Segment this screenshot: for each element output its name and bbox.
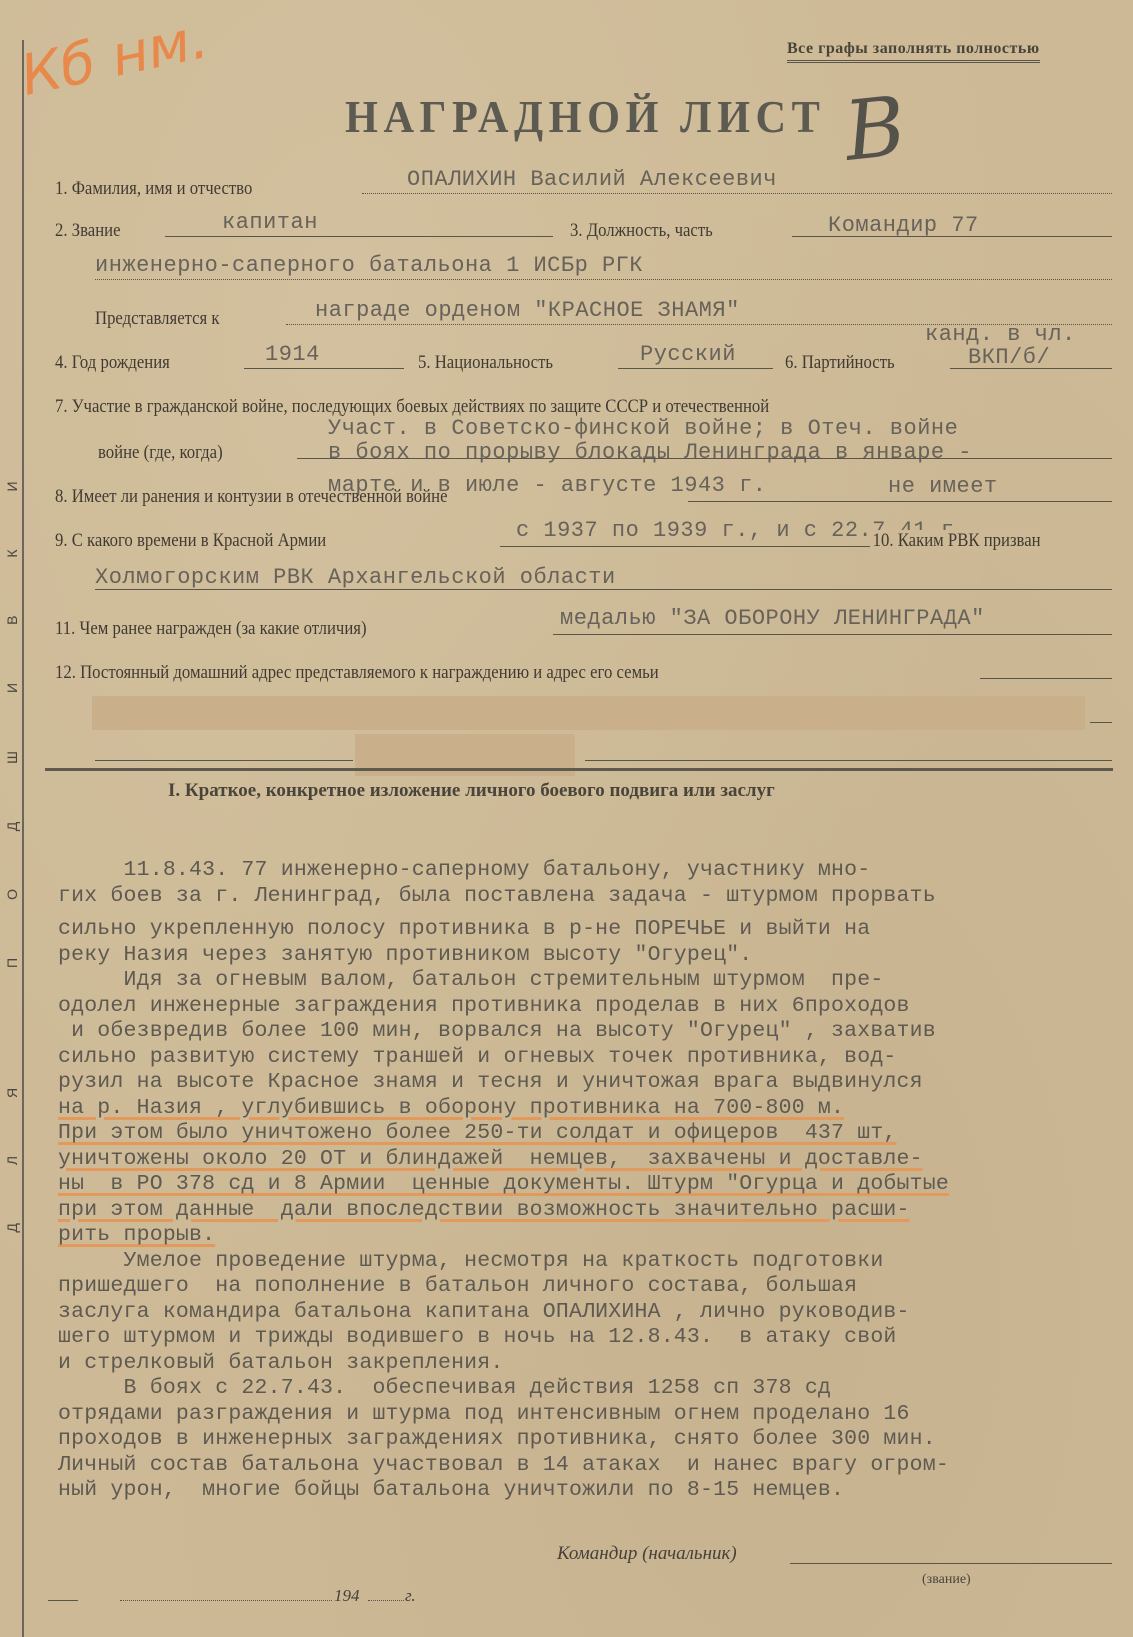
- handwritten-title-mark: В: [840, 79, 910, 180]
- narrative-line: и стрелковый батальон закрепления.: [58, 1351, 1118, 1377]
- narrative-line: 11.8.43. 77 инженерно-саперному батальон…: [58, 858, 1118, 884]
- handwritten-orange-mark: Кб нм.: [15, 6, 213, 109]
- field-8-label: 8. Имеет ли ранения и контузии в отечест…: [55, 486, 447, 508]
- rank-sublabel: (звание): [922, 1572, 971, 1588]
- field-6-value: ВКП/б/: [968, 345, 1050, 370]
- field-10-line: [95, 589, 1112, 590]
- narrative-paragraph-2: сильно укрепленную полосу противника в р…: [58, 917, 1118, 1504]
- field-11-line: [553, 634, 1112, 635]
- field-11-label: 11. Чем ранее награжден (за какие отличи…: [55, 618, 367, 640]
- field-9-label: 9. С какого времени в Красной Армии: [55, 530, 326, 552]
- field-8-line: [688, 501, 1112, 502]
- narrative-line: В боях с 22.7.43. обеспечивая действия 1…: [58, 1376, 1118, 1402]
- narrative-line: заслуга командира батальона капитана ОПА…: [58, 1300, 1118, 1326]
- field-1-line: [362, 193, 1112, 194]
- narrative-line: пришедшего на пополнение в батальон личн…: [58, 1274, 1118, 1300]
- field-3-value-cont: инженерно-саперного батальона 1 ИСБр РГК: [95, 253, 643, 278]
- date-year-prefix: 194: [334, 1586, 360, 1606]
- field-4-label: 4. Год рождения: [55, 352, 170, 374]
- field-7-label-cont: войне (где, когда): [98, 442, 223, 464]
- field-10-value: Холмогорским РВК Архангельской области: [95, 565, 616, 590]
- field-1-value: ОПАЛИХИН Василий Алексеевич: [407, 167, 777, 192]
- field-3-line-cont: [95, 279, 1112, 280]
- narrative-line: рить прорыв.: [58, 1223, 1118, 1249]
- date-month-line: [120, 1600, 332, 1601]
- narrative-line: уничтожены около 20 ОТ и блиндажей немце…: [58, 1147, 1118, 1173]
- field-4-value: 1914: [265, 342, 320, 367]
- narrative-line: на р. Назия , углубившись в оборону прот…: [58, 1096, 1118, 1122]
- narrative-line: сильно развитую систему траншей и огневы…: [58, 1045, 1118, 1071]
- field-12-line-3a: [95, 760, 353, 761]
- date-day-line: [48, 1600, 78, 1601]
- field-12-line: [980, 678, 1112, 679]
- narrative-line: ный урон, многие бойцы батальона уничтож…: [58, 1478, 1118, 1504]
- narrative-line: при этом данные дали впоследствии возмож…: [58, 1198, 1118, 1224]
- field-7-value-2: в боях по прорыву блокады Ленинграда в я…: [328, 440, 972, 465]
- field-3-label: 3. Должность, часть: [570, 220, 713, 242]
- document-title: НАГРАДНОЙ ЛИСТ: [345, 90, 825, 143]
- narrative-line: отрядами разграждения и штурма под интен…: [58, 1402, 1118, 1428]
- narrative-line: и обезвредив более 100 мин, ворвался на …: [58, 1019, 1118, 1045]
- field-8-value: не имеет: [888, 474, 998, 499]
- field-10-label: 10. Каким РВК призван: [870, 530, 1041, 552]
- field-6-label: 6. Партийность: [785, 352, 895, 374]
- award-value: награде орденом "КРАСНОЕ ЗНАМЯ": [315, 298, 740, 323]
- field-7-label: 7. Участие в гражданской войне, последую…: [55, 396, 769, 418]
- field-3-value: Командир 77: [828, 213, 979, 238]
- narrative-line: ны в РО 378 сд и 8 Армии ценные документ…: [58, 1172, 1118, 1198]
- narrative-line: Личный состав батальона участвовал в 14 …: [58, 1453, 1118, 1479]
- field-2-label: 2. Звание: [55, 220, 121, 242]
- field-4-line: [244, 368, 404, 369]
- narrative-line: Умелое проведение штурма, несмотря на кр…: [58, 1249, 1118, 1275]
- redacted-address-block: [92, 696, 1085, 730]
- narrative-text: 11.8.43. 77 инженерно-саперному батальон…: [58, 858, 1118, 1504]
- commander-signature-label: Командир (начальник): [557, 1543, 737, 1565]
- field-5-value: Русский: [640, 342, 736, 367]
- field-12-label: 12. Постоянный домашний адрес представля…: [55, 662, 659, 684]
- field-12-line-2: [1090, 722, 1112, 723]
- field-6-line: [950, 368, 1112, 369]
- field-7-line: [297, 458, 1112, 459]
- commander-signature-line: [790, 1563, 1112, 1564]
- section-divider: [45, 768, 1113, 771]
- header-instruction: Все графы заполнять полностью: [787, 40, 1040, 63]
- field-2-line: [165, 236, 553, 237]
- narrative-line: При этом было уничтожено более 250-ти со…: [58, 1121, 1118, 1147]
- field-11-value: медалью "ЗА ОБОРОНУ ЛЕНИНГРАДА": [560, 606, 985, 631]
- field-9-line: [500, 546, 870, 547]
- narrative-line: рузил на высоте Красное знамя и тесня и …: [58, 1070, 1118, 1096]
- field-5-label: 5. Национальность: [418, 352, 553, 374]
- narrative-line: проходов в инженерных заграждениях проти…: [58, 1427, 1118, 1453]
- field-12-line-3b: [585, 760, 1112, 761]
- field-1-label: 1. Фамилия, имя и отчество: [55, 178, 252, 200]
- narrative-line: Идя за огневым валом, батальон стремител…: [58, 968, 1118, 994]
- narrative-line: реку Назия через занятую противником выс…: [58, 943, 1118, 969]
- section-title: I. Краткое, конкретное изложение личного…: [168, 780, 775, 802]
- narrative-paragraph-1: 11.8.43. 77 инженерно-саперному батальон…: [58, 858, 1118, 909]
- award-label: Представляется к: [95, 308, 220, 330]
- binding-margin-rule: [22, 40, 24, 1637]
- narrative-line: гих боев за г. Ленинград, была поставлен…: [58, 884, 1118, 910]
- narrative-line: одолел инженерные заграждения противника…: [58, 994, 1118, 1020]
- field-5-line: [618, 368, 773, 369]
- date-year-suffix: г.: [405, 1586, 416, 1606]
- narrative-line: сильно укрепленную полосу противника в р…: [58, 917, 1118, 943]
- field-3-line: [792, 236, 1112, 237]
- binding-margin-label: ДЛЯ ПОДШИВКИ: [2, 420, 22, 1240]
- field-6-value-above: канд. в чл.: [925, 322, 1076, 347]
- narrative-line: шего штурмом и трижды водившего в ночь н…: [58, 1325, 1118, 1351]
- field-2-value: капитан: [222, 210, 318, 235]
- field-7-value-1: Участ. в Советско-финской войне; в Отеч.…: [328, 416, 958, 441]
- date-year-line: [368, 1600, 404, 1601]
